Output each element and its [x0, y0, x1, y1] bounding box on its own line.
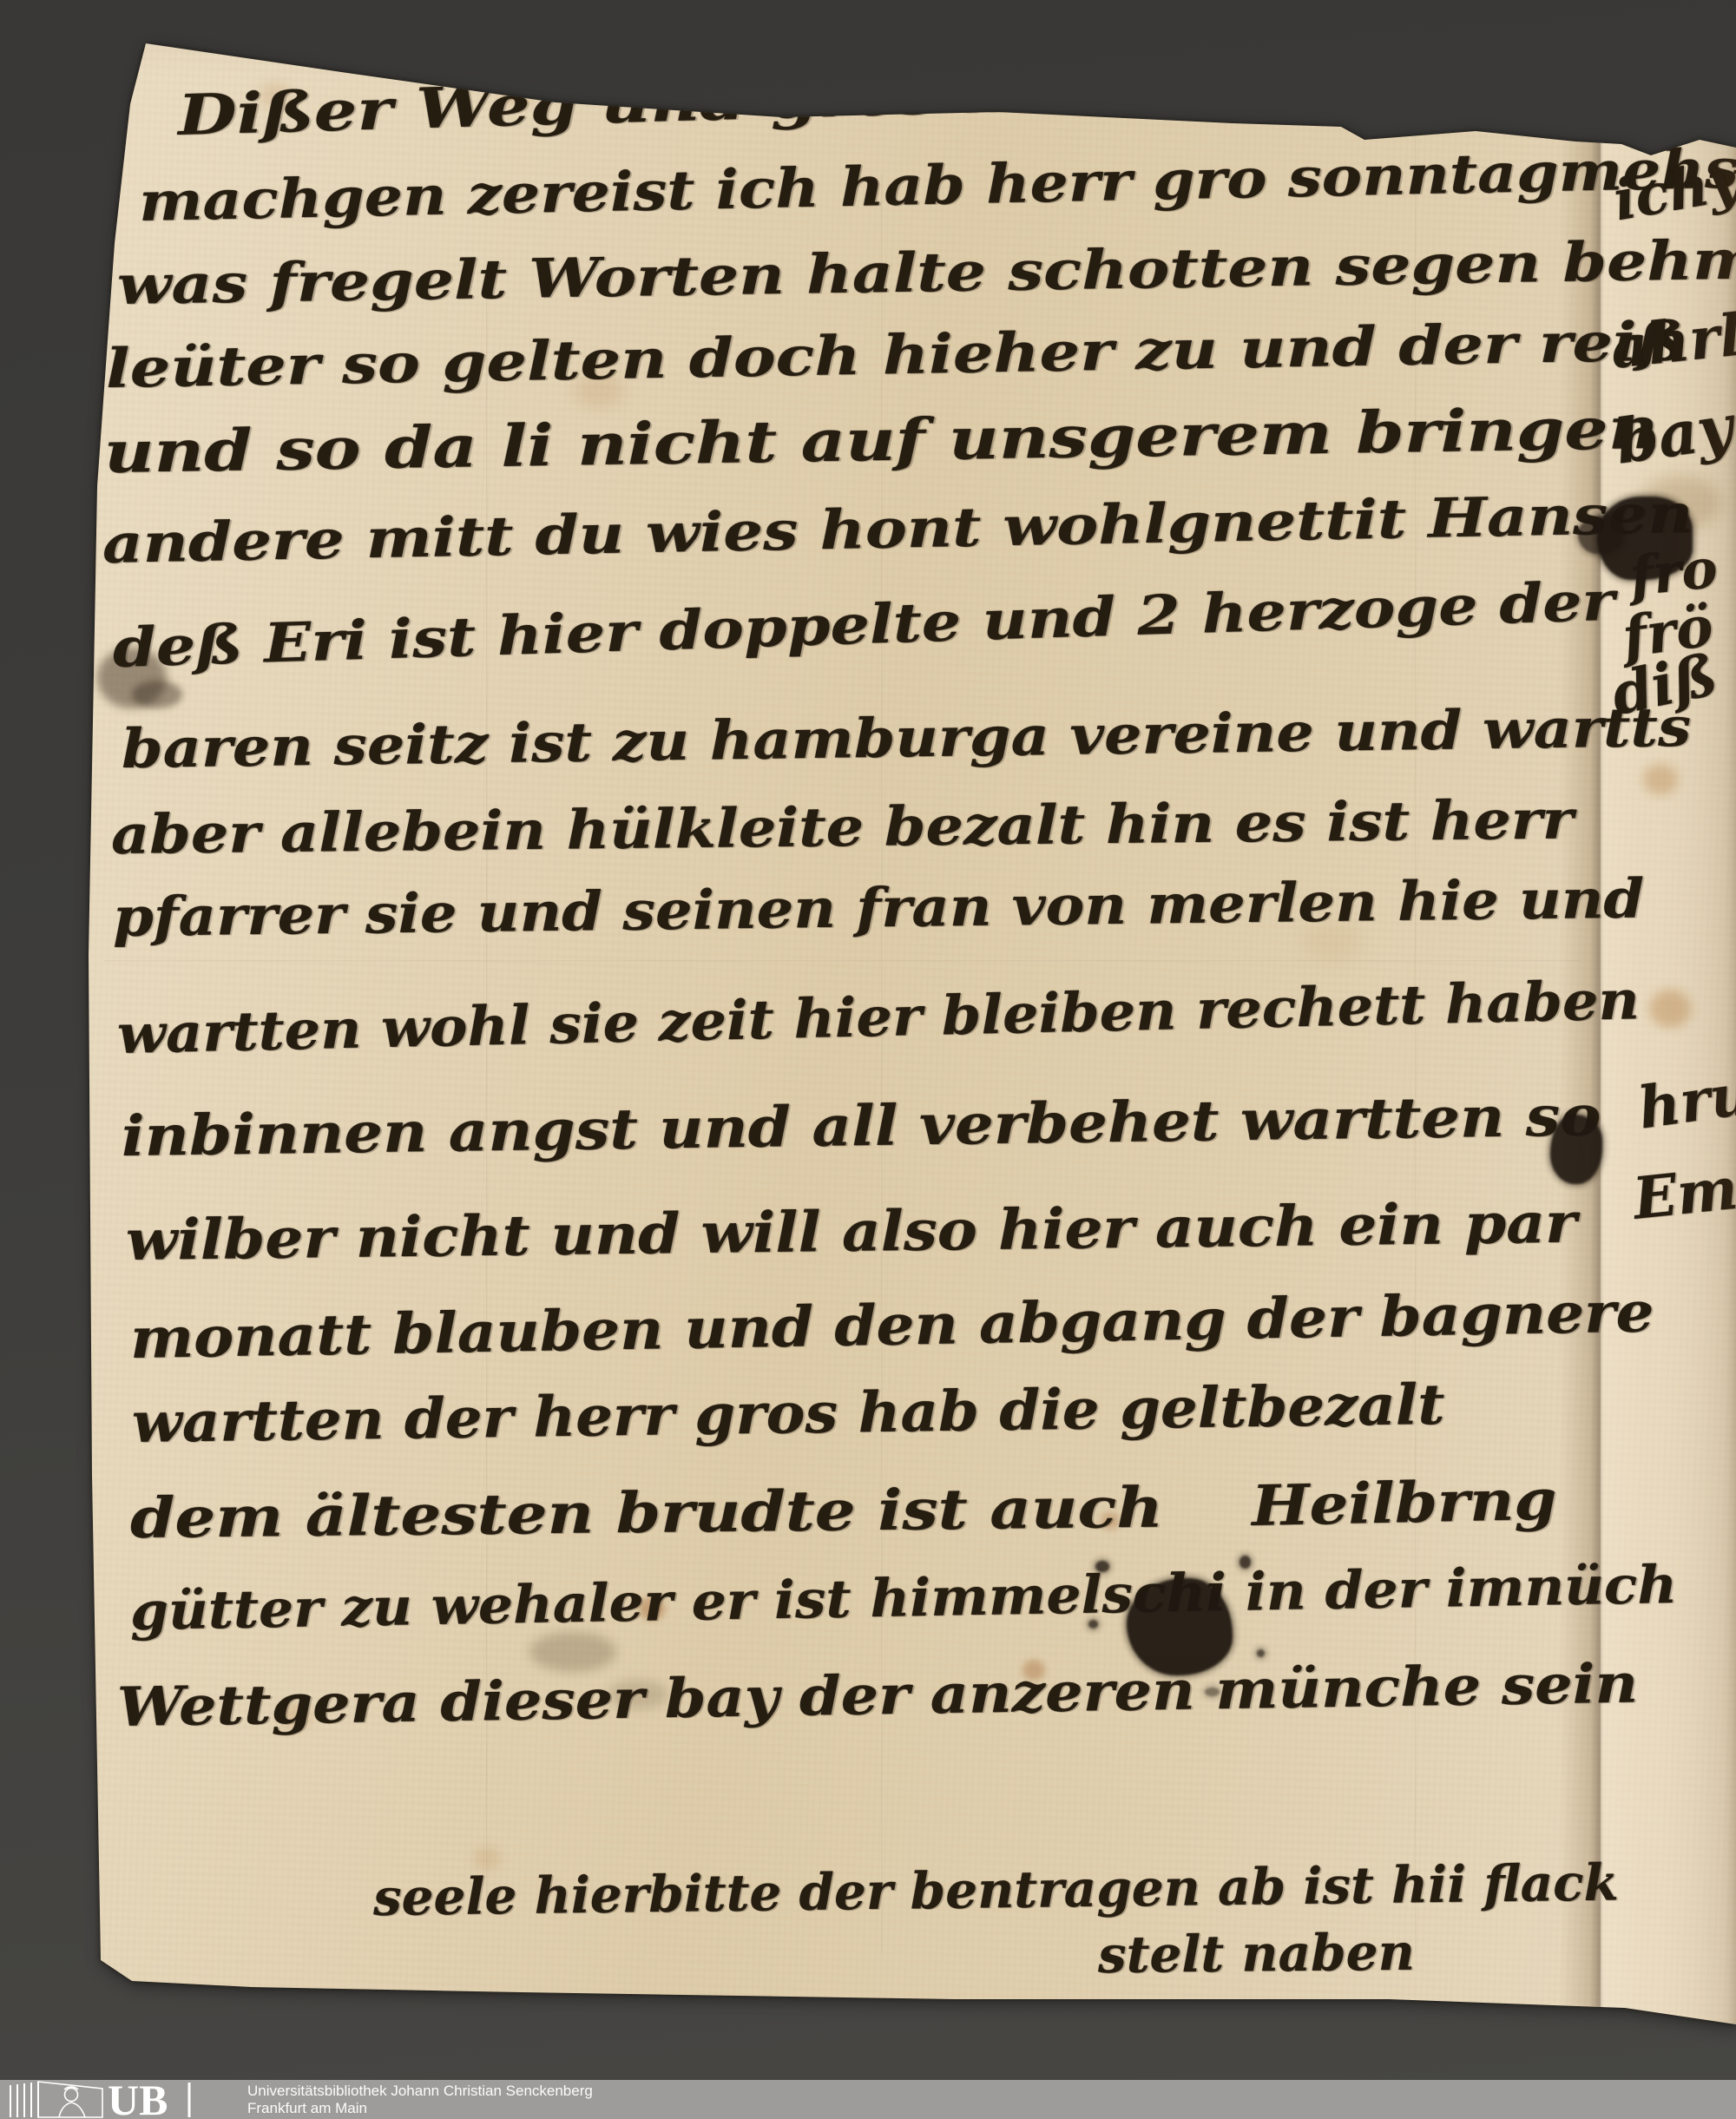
library-logo-icon: UB	[7, 2081, 233, 2119]
paper-edge-shading	[0, 0, 1736, 2119]
footer-text: Universitätsbibliothek Johann Christian …	[247, 2083, 593, 2116]
library-name: Universitätsbibliothek Johann Christian …	[247, 2083, 593, 2100]
manuscript-page: Dißer Weg und gros nichts dahin zu überm…	[0, 0, 1736, 2119]
manuscript-page-wrap: Dißer Weg und gros nichts dahin zu überm…	[0, 0, 1736, 2119]
library-city: Frankfurt am Main	[247, 2100, 593, 2116]
scan-background: Dißer Weg und gros nichts dahin zu überm…	[0, 0, 1736, 2119]
footer-bar: UB Universitätsbibliothek Johann Christi…	[0, 2080, 1736, 2119]
ub-logo-text: UB	[108, 2081, 168, 2119]
